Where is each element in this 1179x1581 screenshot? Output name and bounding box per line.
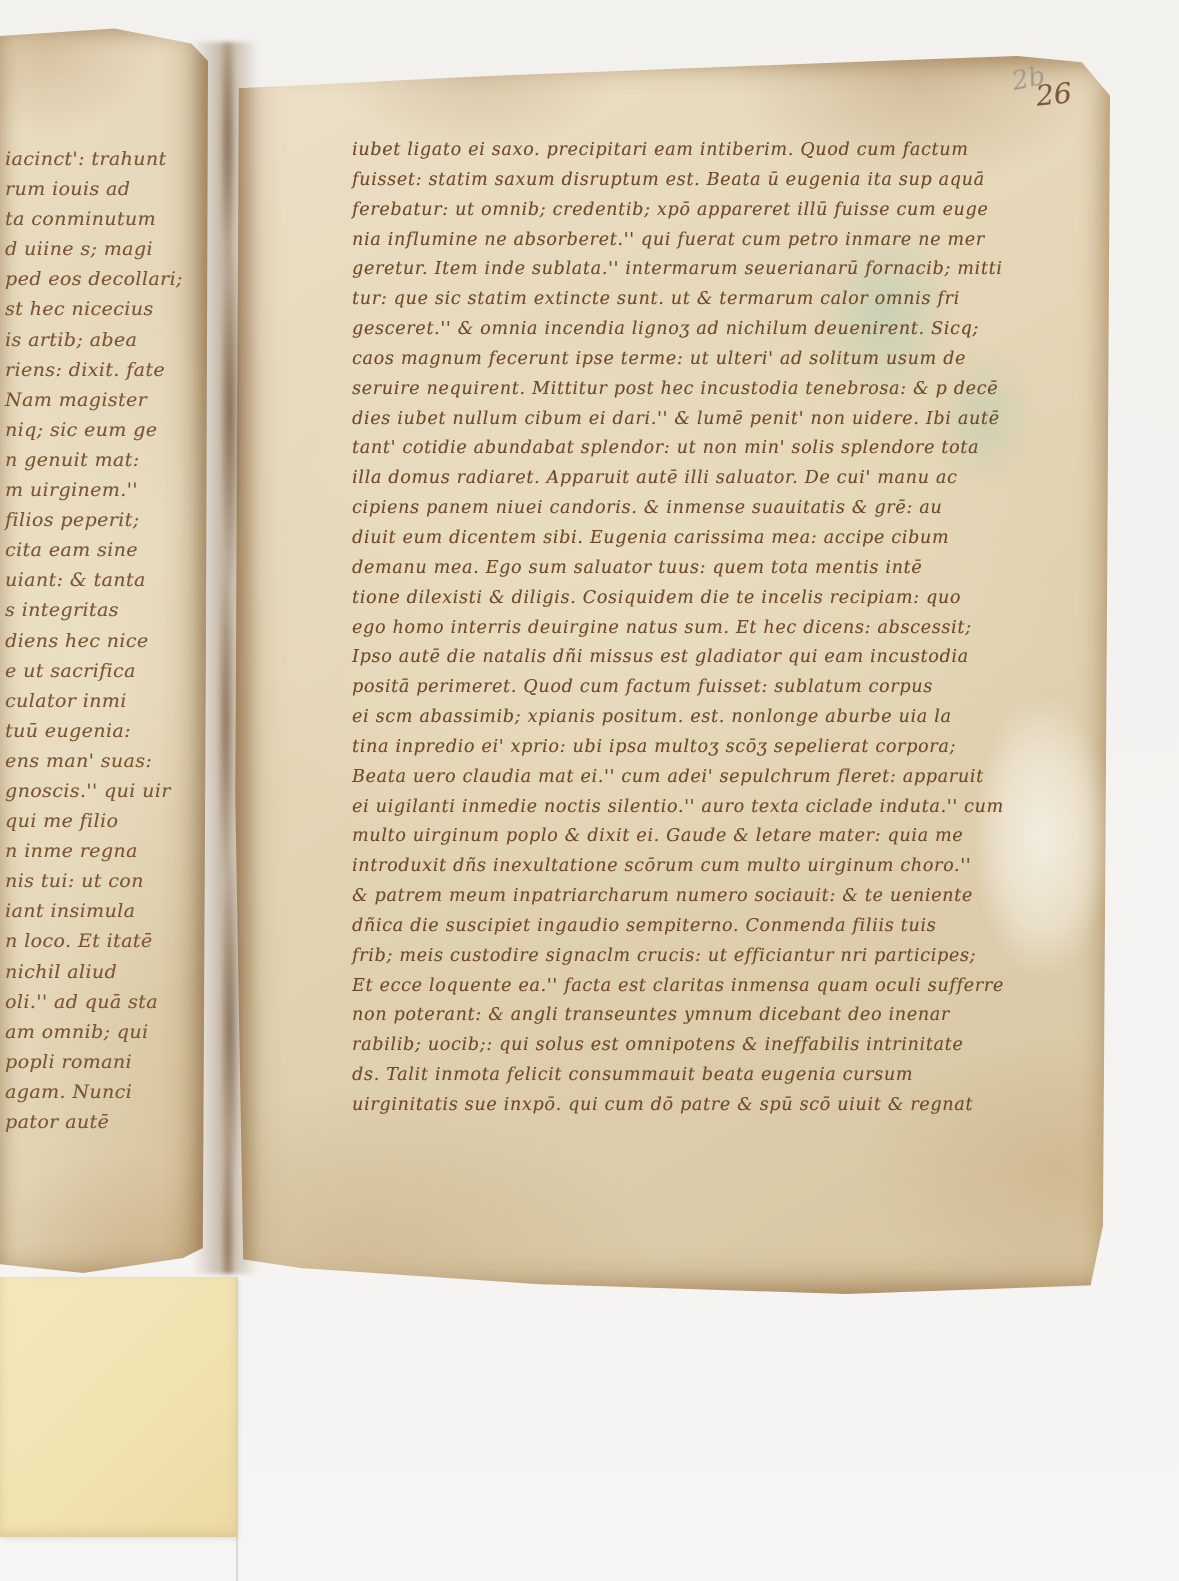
text-line: iacinct': trahunt — [5, 144, 205, 174]
text-line: ego homo interris deuirgine natus sum. E… — [352, 614, 1002, 644]
text-line: ei uigilanti inmedie noctis silentio.'' … — [352, 793, 1002, 823]
text-line: non poterant: & angli transeuntes ymnum … — [352, 1001, 1002, 1031]
text-line: oli.'' ad quā sta — [5, 987, 205, 1017]
text-line: ferebatur: ut omnib; credentib; xpō appa… — [352, 196, 1002, 226]
text-line: cita eam sine — [5, 535, 205, 565]
text-line: demanu mea. Ego sum saluator tuus: quem … — [352, 554, 1002, 584]
right-manuscript-page: 2b 26 iubet ligato ei saxo. precipitari … — [230, 56, 1110, 1294]
text-line: multo uirginum poplo & dixit ei. Gaude &… — [352, 822, 1002, 852]
text-line: rabilib; uocib;: qui solus est omnipoten… — [352, 1031, 1002, 1061]
text-line: Beata uero claudia mat ei.'' cum adei' s… — [352, 763, 1002, 793]
text-line: riens: dixit. fate — [5, 355, 205, 385]
left-page-text-column: iacinct': trahuntrum iouis adta conminut… — [5, 144, 205, 1137]
text-line: iant insimula — [5, 896, 205, 926]
text-line: cipiens panem niuei candoris. & inmense … — [352, 494, 1002, 524]
text-line: dies iubet nullum cibum ei dari.'' & lum… — [352, 405, 1002, 435]
text-line: seruire nequirent. Mittitur post hec inc… — [352, 375, 1002, 405]
text-line: n genuit mat: — [5, 445, 205, 475]
text-line: gesceret.'' & omnia incendia lignoʒ ad n… — [352, 315, 1002, 345]
text-line: pator autē — [5, 1107, 205, 1137]
text-line: nis tui: ut con — [5, 866, 205, 896]
text-line: tione dilexisti & diligis. Cosiquidem di… — [352, 584, 1002, 614]
text-line: gnoscis.'' qui uir — [5, 776, 205, 806]
text-line: fuisset: statim saxum disruptum est. Bea… — [352, 166, 1002, 196]
text-line: frib; meis custodire signaclm crucis: ut… — [352, 942, 1002, 972]
text-line: popli romani — [5, 1047, 205, 1077]
text-line: niq; sic eum ge — [5, 415, 205, 445]
text-line: & patrem meum inpatriarcharum numero soc… — [352, 882, 1002, 912]
text-line: geretur. Item inde sublata.'' intermarum… — [352, 255, 1002, 285]
text-line: Et ecce loquente ea.'' facta est clarita… — [352, 972, 1002, 1002]
text-line: s integritas — [5, 595, 205, 625]
main-text-block: iubet ligato ei saxo. precipitari eam in… — [352, 136, 1002, 1121]
text-line: culator inmi — [5, 686, 205, 716]
text-line: filios peperit; — [5, 505, 205, 535]
text-line: introduxit dñs inexultatione scōrum cum … — [352, 852, 1002, 882]
text-line: agam. Nunci — [5, 1077, 205, 1107]
text-line: am omnib; qui — [5, 1017, 205, 1047]
text-line: tuū eugenia: — [5, 716, 205, 746]
text-line: ens man' suas: — [5, 746, 205, 776]
text-line: ds. Talit inmota felicit consummauit bea… — [352, 1061, 1002, 1091]
text-line: Nam magister — [5, 385, 205, 415]
text-line: d uiine s; magi — [5, 234, 205, 264]
text-line: st hec nicecius — [5, 294, 205, 324]
text-line: ped eos decollari; — [5, 264, 205, 294]
left-manuscript-page: iacinct': trahuntrum iouis adta conminut… — [0, 26, 208, 1278]
text-line: tina inpredio ei' xprio: ubi ipsa multoʒ… — [352, 733, 1002, 763]
text-line: diens hec nice — [5, 626, 205, 656]
text-line: dñica die suscipiet ingaudio sempiterno.… — [352, 912, 1002, 942]
text-line: tur: que sic statim extincte sunt. ut & … — [352, 285, 1002, 315]
text-line: tant' cotidie abundabat splendor: ut non… — [352, 434, 1002, 464]
text-line: n loco. Et itatē — [5, 926, 205, 956]
text-line: e ut sacrifica — [5, 656, 205, 686]
text-line: rum iouis ad — [5, 174, 205, 204]
text-line: n inme regna — [5, 836, 205, 866]
text-line: Ipso autē die natalis dñi missus est gla… — [352, 643, 1002, 673]
photo-background: iacinct': trahuntrum iouis adta conminut… — [0, 0, 1179, 1581]
text-line: nia influmine ne absorberet.'' qui fuera… — [352, 226, 1002, 256]
text-line: uiant: & tanta — [5, 565, 205, 595]
text-line: illa domus radiaret. Apparuit autē illi … — [352, 464, 1002, 494]
text-line: uirginitatis sue inxpō. qui cum dō patre… — [352, 1091, 1002, 1121]
text-line: ta conminutum — [5, 204, 205, 234]
text-line: nichil aliud — [5, 957, 205, 987]
text-line: diuit eum dicentem sibi. Eugenia carissi… — [352, 524, 1002, 554]
text-line: caos magnum fecerunt ipse terme: ut ulte… — [352, 345, 1002, 375]
text-line: is artib; abea — [5, 325, 205, 355]
text-line: positā perimeret. Quod cum factum fuisse… — [352, 673, 1002, 703]
text-line: qui me filio — [5, 806, 205, 836]
folio-number-ink: 26 — [1034, 76, 1073, 113]
cream-paper-sheet — [0, 1277, 237, 1537]
text-line: m uirginem.'' — [5, 475, 205, 505]
text-line: iubet ligato ei saxo. precipitari eam in… — [352, 136, 1002, 166]
text-line: ei scm abassimib; xpianis positum. est. … — [352, 703, 1002, 733]
